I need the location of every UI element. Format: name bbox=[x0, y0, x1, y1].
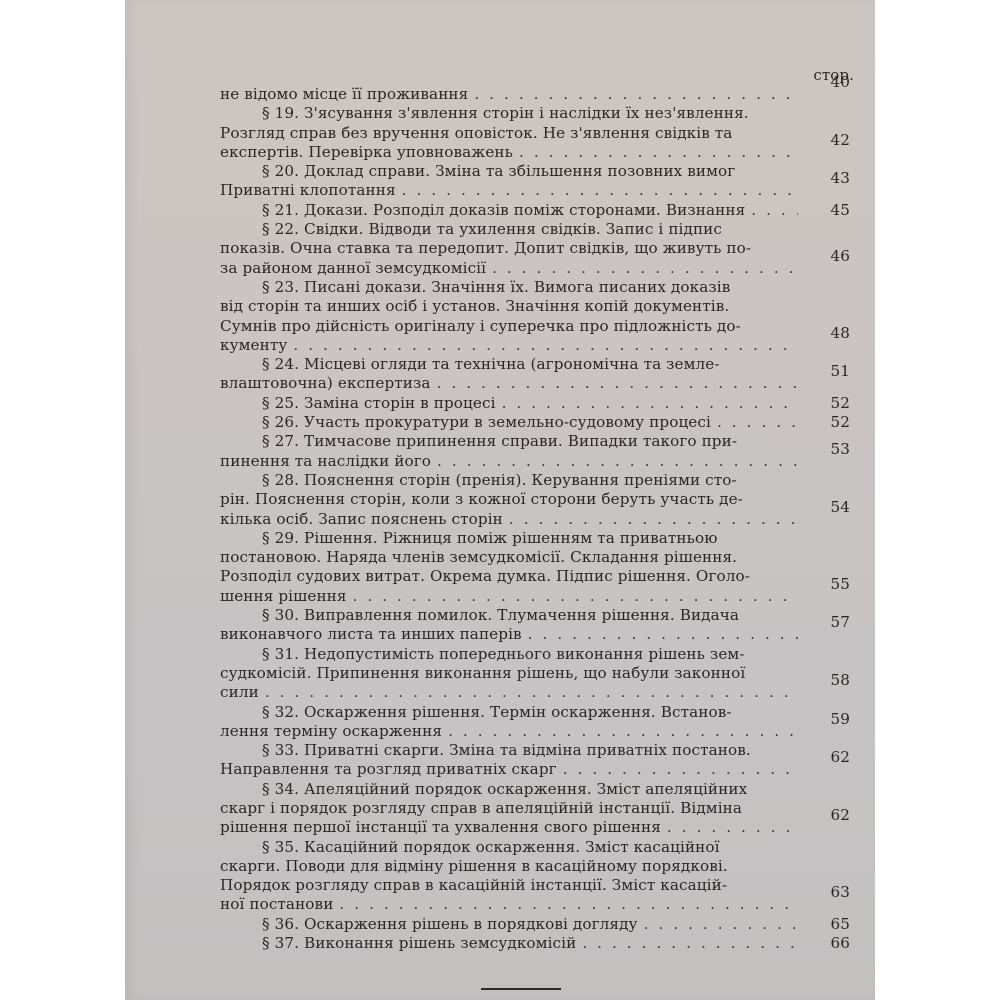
page-number: 51 bbox=[810, 362, 850, 381]
toc-line-last: ної постанови...........................… bbox=[220, 895, 798, 914]
toc-entry: § 31. Недопустимість попереднього викона… bbox=[220, 645, 850, 703]
toc-line-text: § 26. Участь прокуратури в земельно-судо… bbox=[262, 413, 711, 432]
toc-entry: § 27. Тимчасове припинення справи. Випад… bbox=[220, 432, 850, 471]
dot-leader: ........................................… bbox=[751, 201, 798, 220]
toc-line: § 35. Касаційний порядок оскарження. Змі… bbox=[220, 838, 798, 857]
toc-line-last: не відомо місце її проживання...........… bbox=[220, 85, 798, 104]
toc-line: судкомісій. Припинення виконання рішень,… bbox=[220, 664, 798, 683]
page-number: 54 bbox=[810, 498, 850, 517]
page-number: 55 bbox=[810, 575, 850, 594]
toc-line: Сумнів про дійсність оригіналу і супереч… bbox=[220, 317, 798, 336]
toc-line: Порядок розгляду справ в касаційній інст… bbox=[220, 876, 798, 895]
toc-line: § 22. Свідки. Відводи та ухилення свідкі… bbox=[220, 220, 798, 239]
toc-line-last: § 21. Докази. Розподіл доказів поміж сто… bbox=[220, 201, 798, 220]
toc-entry: § 37. Виконання рішень земсудкомісій....… bbox=[220, 934, 850, 953]
page-number: 46 bbox=[810, 247, 850, 266]
toc-line-text: за районом данної земсудкомісії bbox=[220, 259, 486, 278]
toc-line-text: ної постанови bbox=[220, 895, 333, 914]
toc-entry: не відомо місце її проживання...........… bbox=[220, 85, 850, 104]
page-number: 52 bbox=[810, 394, 850, 413]
toc-line: рін. Пояснення сторін, коли з кожної сто… bbox=[220, 490, 798, 509]
page-number: 59 bbox=[810, 710, 850, 729]
toc-entry: § 19. З'ясування з'явлення сторін і насл… bbox=[220, 104, 850, 162]
page-number: 57 bbox=[810, 613, 850, 632]
toc-line: § 33. Приватні скарги. Зміна та відміна … bbox=[220, 741, 798, 760]
dot-leader: ........................................… bbox=[437, 374, 798, 393]
toc-entries: не відомо місце її проживання...........… bbox=[220, 85, 850, 953]
toc-line: § 34. Апеляційний порядок оскарження. Зм… bbox=[220, 780, 798, 799]
toc-line: § 29. Рішення. Ріжниця поміж рішенням та… bbox=[220, 529, 798, 548]
toc-line: § 31. Недопустимість попереднього викона… bbox=[220, 645, 798, 664]
toc-line-text: § 25. Заміна сторін в процесі bbox=[262, 394, 496, 413]
toc-line-text: кументу bbox=[220, 336, 287, 355]
toc-line: § 27. Тимчасове припинення справи. Випад… bbox=[220, 432, 798, 451]
page-number: 52 bbox=[810, 413, 850, 432]
page-column-header: стор. bbox=[220, 66, 854, 85]
toc-entry: § 28. Пояснення сторін (пренія). Керуван… bbox=[220, 471, 850, 529]
toc-line-text: Приватні клопотання bbox=[220, 181, 396, 200]
toc-line-text: рішення першої інстанції та ухвалення св… bbox=[220, 818, 661, 837]
toc-line: Розгляд справ без вручення оповісток. Не… bbox=[220, 124, 798, 143]
dot-leader: ........................................… bbox=[528, 625, 798, 644]
dot-leader: ........................................… bbox=[402, 181, 798, 200]
page-number: 40 bbox=[810, 73, 850, 92]
toc-line-text: влаштовочна) експертиза bbox=[220, 374, 431, 393]
toc-line-text: не відомо місце її проживання bbox=[220, 85, 468, 104]
toc-line: § 23. Писані докази. Значіння їх. Вимога… bbox=[220, 278, 798, 297]
toc-line: від сторін та инших осіб і установ. Знач… bbox=[220, 297, 798, 316]
toc-line: скарг і порядок розгляду справ в апеляці… bbox=[220, 799, 798, 818]
toc-line: § 28. Пояснення сторін (пренія). Керуван… bbox=[220, 471, 798, 490]
toc-entry: § 25. Заміна сторін в процесі...........… bbox=[220, 394, 850, 413]
toc-line-text: § 36. Оскарження рішень в порядкові догл… bbox=[262, 915, 638, 934]
toc-entry: § 23. Писані докази. Значіння їх. Вимога… bbox=[220, 278, 850, 355]
dot-leader: ........................................… bbox=[717, 413, 798, 432]
dot-leader: ........................................… bbox=[563, 760, 798, 779]
page-number: 58 bbox=[810, 671, 850, 690]
toc-line: § 19. З'ясування з'явлення сторін і насл… bbox=[220, 104, 798, 123]
toc-line-text: шення рішення bbox=[220, 587, 347, 606]
book-page: стор. не відомо місце її проживання.....… bbox=[125, 0, 875, 1000]
toc-line-last: експертів. Перевірка уповноважень.......… bbox=[220, 143, 798, 162]
page-number: 65 bbox=[810, 915, 850, 934]
dot-leader: ........................................… bbox=[644, 915, 798, 934]
toc-entry: § 34. Апеляційний порядок оскарження. Зм… bbox=[220, 780, 850, 838]
toc-line-text: § 37. Виконання рішень земсудкомісій bbox=[262, 934, 576, 953]
toc-line: скарги. Поводи для відміну рішення в кас… bbox=[220, 857, 798, 876]
toc-line-text: сили bbox=[220, 683, 259, 702]
page-number: 63 bbox=[810, 883, 850, 902]
toc-line: § 30. Виправлення помилок. Тлумачення рі… bbox=[220, 606, 798, 625]
dot-leader: ........................................… bbox=[448, 722, 798, 741]
dot-leader: ........................................… bbox=[492, 259, 798, 278]
table-of-contents: стор. не відомо місце її проживання.....… bbox=[220, 66, 850, 953]
toc-line-last: лення терміну оскарження................… bbox=[220, 722, 798, 741]
toc-entry: § 36. Оскарження рішень в порядкові догл… bbox=[220, 915, 850, 934]
page-number: 45 bbox=[810, 201, 850, 220]
toc-entry: § 32. Оскарження рішення. Термін оскарже… bbox=[220, 703, 850, 742]
toc-line-last: шення рішення...........................… bbox=[220, 587, 798, 606]
dot-leader: ........................................… bbox=[474, 85, 798, 104]
toc-line: § 20. Доклад справи. Зміна та збільшення… bbox=[220, 162, 798, 181]
toc-line-last: кілька осіб. Запис пояснень сторін......… bbox=[220, 510, 798, 529]
page-number: 48 bbox=[810, 324, 850, 343]
page-number: 42 bbox=[810, 131, 850, 150]
toc-entry: § 35. Касаційний порядок оскарження. Змі… bbox=[220, 838, 850, 915]
toc-line-text: виконавчого листа та инших паперів bbox=[220, 625, 522, 644]
dot-leader: ........................................… bbox=[509, 510, 798, 529]
toc-entry: § 20. Доклад справи. Зміна та збільшення… bbox=[220, 162, 850, 201]
page-number: 53 bbox=[810, 440, 850, 459]
dot-leader: ........................................… bbox=[353, 587, 798, 606]
toc-line-text: Направлення та розгляд приватніх скарг bbox=[220, 760, 557, 779]
toc-line-last: § 26. Участь прокуратури в земельно-судо… bbox=[220, 413, 798, 432]
toc-entry: § 26. Участь прокуратури в земельно-судо… bbox=[220, 413, 850, 432]
dot-leader: ........................................… bbox=[502, 394, 798, 413]
toc-entry: § 33. Приватні скарги. Зміна та відміна … bbox=[220, 741, 850, 780]
toc-line-last: влаштовочна) експертиза.................… bbox=[220, 374, 798, 393]
toc-line-last: Направлення та розгляд приватніх скарг..… bbox=[220, 760, 798, 779]
toc-entry: § 22. Свідки. Відводи та ухилення свідкі… bbox=[220, 220, 850, 278]
dot-leader: ........................................… bbox=[293, 336, 798, 355]
toc-line-last: за районом данної земсудкомісії.........… bbox=[220, 259, 798, 278]
toc-entry: § 29. Рішення. Ріжниця поміж рішенням та… bbox=[220, 529, 850, 606]
dot-leader: ........................................… bbox=[667, 818, 798, 837]
page-number: 62 bbox=[810, 748, 850, 767]
toc-line-text: кілька осіб. Запис пояснень сторін bbox=[220, 510, 503, 529]
toc-line: показів. Очна ставка та передопит. Допит… bbox=[220, 239, 798, 258]
toc-line-text: § 21. Докази. Розподіл доказів поміж сто… bbox=[262, 201, 745, 220]
toc-line-last: § 37. Виконання рішень земсудкомісій....… bbox=[220, 934, 798, 953]
toc-line-last: рішення першої інстанції та ухвалення св… bbox=[220, 818, 798, 837]
toc-line-last: кументу.................................… bbox=[220, 336, 798, 355]
toc-line-text: пинення та наслідки його bbox=[220, 452, 431, 471]
toc-entry: § 30. Виправлення помилок. Тлумачення рі… bbox=[220, 606, 850, 645]
page-number: 62 bbox=[810, 806, 850, 825]
toc-line-last: пинення та наслідки його................… bbox=[220, 452, 798, 471]
toc-line-last: виконавчого листа та инших паперів......… bbox=[220, 625, 798, 644]
toc-line: Розподіл судових витрат. Окрема думка. П… bbox=[220, 567, 798, 586]
toc-line-last: сили....................................… bbox=[220, 683, 798, 702]
toc-entry: § 24. Місцеві огляди та технічна (агроно… bbox=[220, 355, 850, 394]
dot-leader: ........................................… bbox=[437, 452, 798, 471]
page-number: 66 bbox=[810, 934, 850, 953]
toc-line: постановою. Наряда членів земсудкомісії.… bbox=[220, 548, 798, 567]
toc-line: § 32. Оскарження рішення. Термін оскарже… bbox=[220, 703, 798, 722]
toc-line-last: § 36. Оскарження рішень в порядкові догл… bbox=[220, 915, 798, 934]
toc-line-last: Приватні клопотання.....................… bbox=[220, 181, 798, 200]
dot-leader: ........................................… bbox=[519, 143, 798, 162]
dot-leader: ........................................… bbox=[339, 895, 798, 914]
toc-entry: § 21. Докази. Розподіл доказів поміж сто… bbox=[220, 201, 850, 220]
toc-line: § 24. Місцеві огляди та технічна (агроно… bbox=[220, 355, 798, 374]
dot-leader: ........................................… bbox=[265, 683, 798, 702]
dot-leader: ........................................… bbox=[582, 934, 798, 953]
toc-line-text: лення терміну оскарження bbox=[220, 722, 442, 741]
page-number: 43 bbox=[810, 169, 850, 188]
end-rule-divider bbox=[481, 988, 561, 990]
toc-line-text: експертів. Перевірка уповноважень bbox=[220, 143, 513, 162]
toc-line-last: § 25. Заміна сторін в процесі...........… bbox=[220, 394, 798, 413]
